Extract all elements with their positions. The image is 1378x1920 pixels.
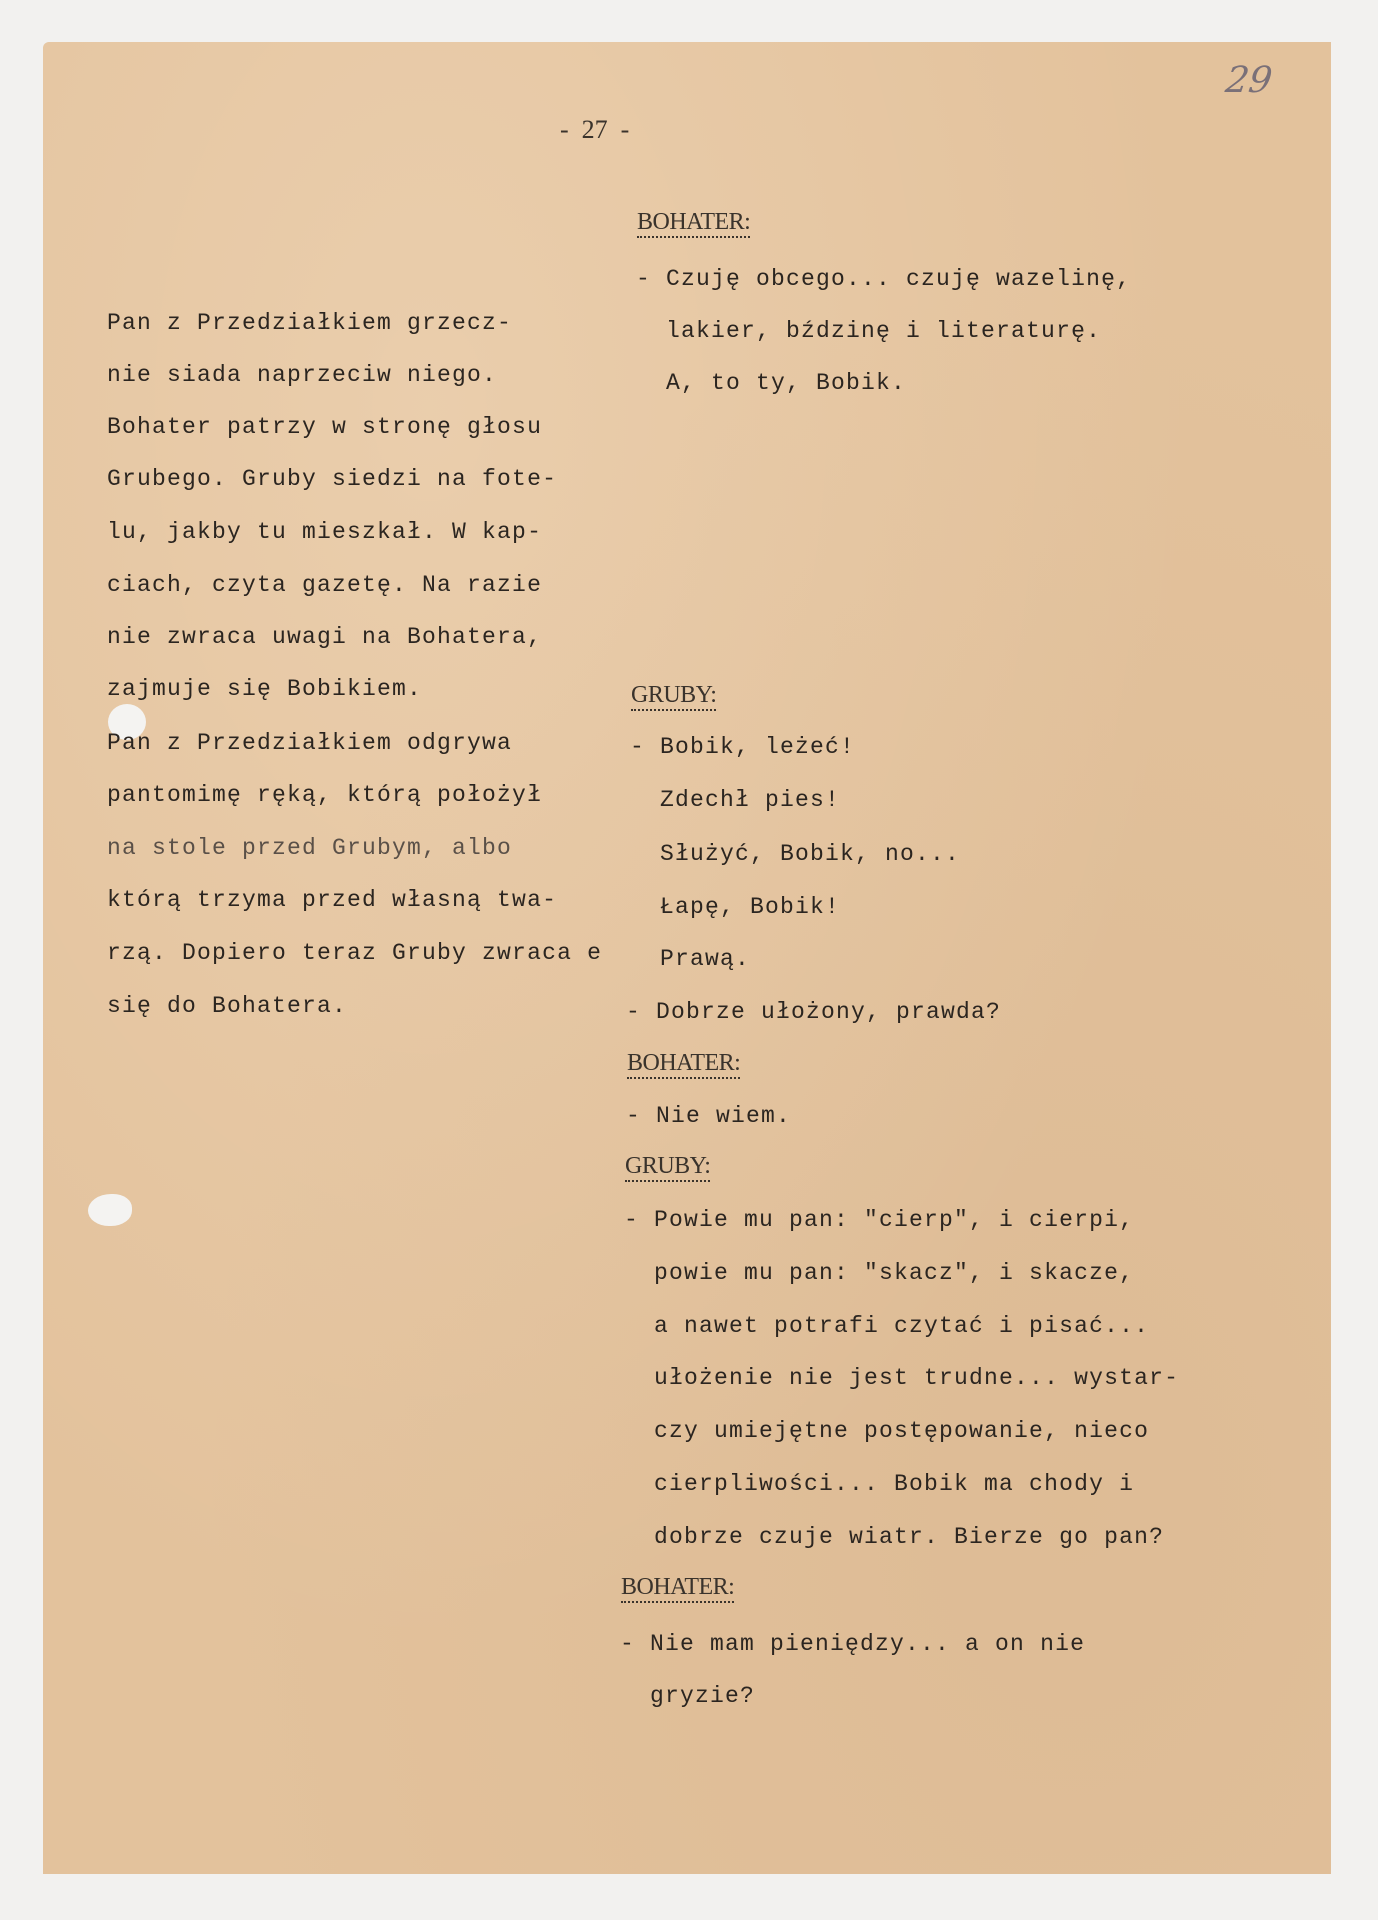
dialogue-line: - Bobik, leżeć! [630, 736, 855, 759]
stage-line: ciach, czyta gazetę. Na razie [107, 574, 542, 597]
stage-line: Bohater patrzy w stronę głosu [107, 416, 542, 439]
dialogue-line: - Powie mu pan: "cierp", i cierpi, [624, 1209, 1134, 1232]
dialogue-line: Łapę, Bobik! [630, 896, 840, 919]
stage-line: lu, jakby tu mieszkał. W kap- [107, 521, 542, 544]
stage-line: pantomimę ręką, którą położył [107, 784, 542, 807]
dialogue-line: czy umiejętne postępowanie, nieco [624, 1420, 1149, 1443]
handwritten-folio-number: 29 [1223, 60, 1275, 101]
stage-line: Grubego. Gruby siedzi na fote- [107, 468, 557, 491]
page-number: - 27 - [560, 115, 629, 145]
dialogue-line: a nawet potrafi czytać i pisać... [624, 1315, 1149, 1338]
dialogue-line: - Nie wiem. [626, 1105, 791, 1128]
speaker-label: GRUBY: [625, 1154, 710, 1182]
dialogue-line: lakier, bździnę i literaturę. [636, 320, 1101, 343]
dialogue-line: - Czuję obcego... czuję wazelinę, [636, 268, 1131, 291]
dialogue-line: Służyć, Bobik, no... [630, 843, 960, 866]
stage-line: zajmuje się Bobikiem. [107, 678, 422, 701]
stage-line: się do Bohatera. [107, 995, 347, 1018]
speaker-label: BOHATER: [627, 1051, 740, 1079]
stage-line: nie siada naprzeciw niego. [107, 364, 497, 387]
speaker-label: BOHATER: [637, 210, 750, 238]
stage-line: Pan z Przedziałkiem grzecz- [107, 312, 512, 335]
dialogue-line: ułożenie nie jest trudne... wystar- [624, 1367, 1179, 1390]
dialogue-line: - Nie mam pieniędzy... a on nie [620, 1633, 1085, 1656]
dialogue-line: A, to ty, Bobik. [636, 372, 906, 395]
dialogue-line: - Dobrze ułożony, prawda? [626, 1001, 1001, 1024]
dialogue-line: Zdechł pies! [630, 789, 840, 812]
stage-line: którą trzyma przed własną twa- [107, 889, 557, 912]
dialogue-line: cierpliwości... Bobik ma chody i [624, 1473, 1134, 1496]
dialogue-line: gryzie? [620, 1685, 755, 1708]
speaker-label: GRUBY: [631, 683, 716, 711]
speaker-label: BOHATER: [621, 1575, 734, 1603]
dialogue-line: powie mu pan: "skacz", i skacze, [624, 1262, 1134, 1285]
stage-line: na stole przed Grubym, albo [107, 837, 512, 860]
stage-line: Pan z Przedziałkiem odgrywa [107, 732, 512, 755]
stage-line: nie zwraca uwagi na Bohatera, [107, 626, 542, 649]
dialogue-line: Prawą. [630, 948, 750, 971]
dialogue-line: dobrze czuje wiatr. Bierze go pan? [624, 1526, 1164, 1549]
punch-hole-bottom [88, 1194, 132, 1226]
stage-line: rzą. Dopiero teraz Gruby zwraca e [107, 942, 602, 965]
